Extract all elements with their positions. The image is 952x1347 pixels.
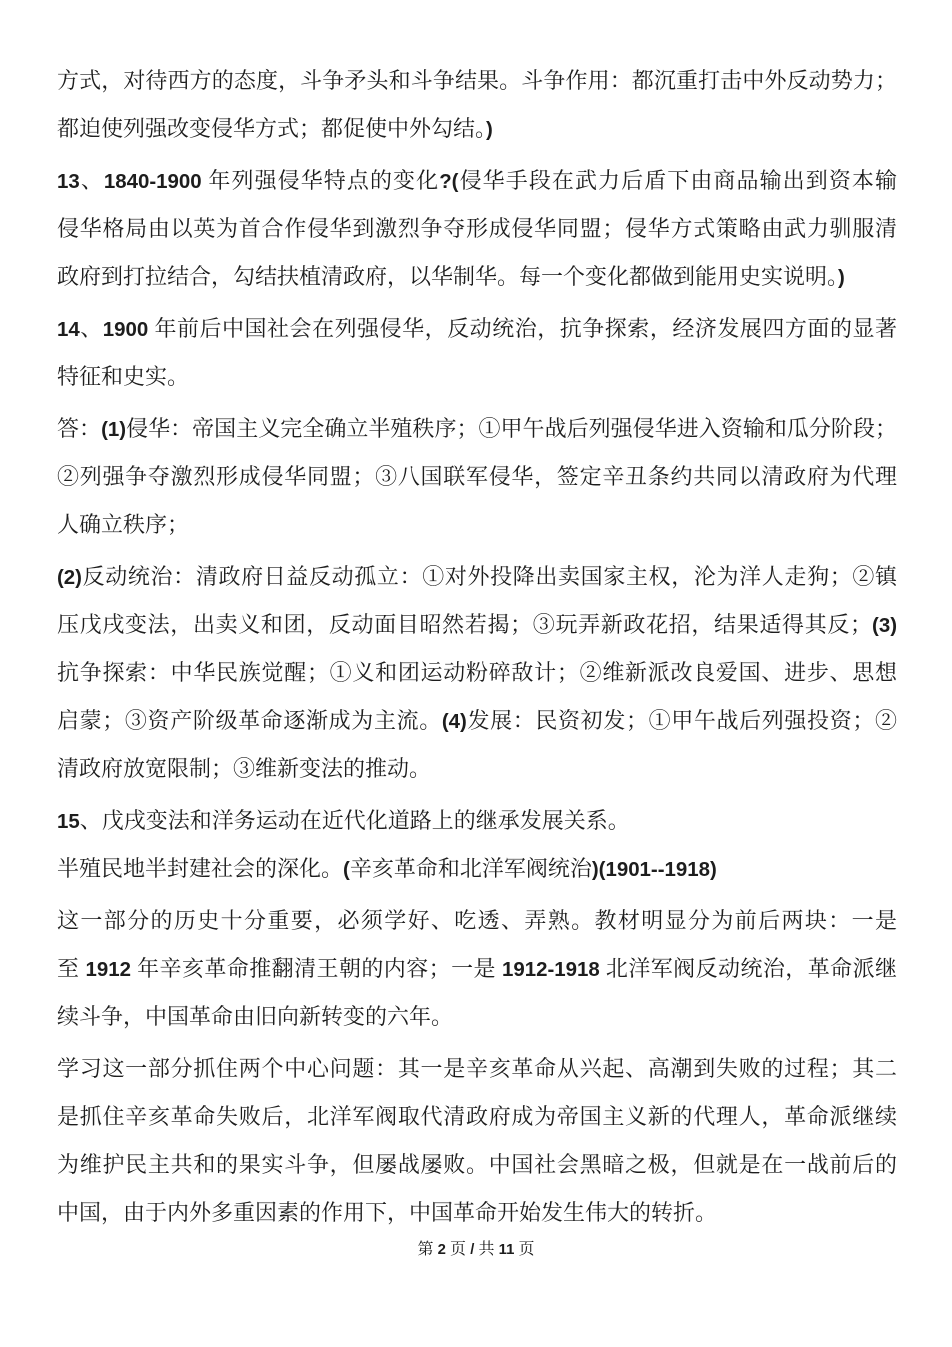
text-line: 是抓住辛亥革命失败后，北洋军阀取代清政府成为帝国主义新的代理人，革命派继续 (57, 1093, 897, 1141)
text-line: 学习这一部分抓住两个中心问题：其一是辛亥革命从兴起、高潮到失败的过程；其二 (57, 1045, 897, 1093)
text-line: 特征和史实。 (57, 353, 897, 401)
document-page: 方式，对待西方的态度，斗争矛头和斗争结果。斗争作用：都沉重打击中外反动势力； 都… (0, 0, 952, 1347)
text-line: 15、戊戌变法和洋务运动在近代化道路上的继承发展关系。 (57, 797, 897, 845)
text-line: 政府到打拉结合，勾结扶植清政府，以华制华。每一个变化都做到能用史实说明。) (57, 253, 897, 301)
page-footer: 第 2 页 / 共 11 页 (0, 1240, 952, 1260)
text-line: 启蒙；③资产阶级革命逐渐成为主流。(4)发展：民资初发；①甲午战后列强投资；② (57, 697, 897, 745)
paragraph: 学习这一部分抓住两个中心问题：其一是辛亥革命从兴起、高潮到失败的过程；其二 是抓… (57, 1045, 897, 1237)
text-line: 至 1912 年辛亥革命推翻清王朝的内容；一是 1912-1918 北洋军阀反动… (57, 945, 897, 993)
text-line: 方式，对待西方的态度，斗争矛头和斗争结果。斗争作用：都沉重打击中外反动势力； (57, 57, 897, 105)
paragraph: 15、戊戌变法和洋务运动在近代化道路上的继承发展关系。 半殖民地半封建社会的深化… (57, 797, 897, 893)
text-line: 13、1840-1900 年列强侵华特点的变化?(侵华手段在武力后盾下由商品输出… (57, 157, 897, 205)
text-line: ②列强争夺激烈形成侵华同盟；③八国联军侵华，签定辛丑条约共同以清政府为代理 (57, 453, 897, 501)
text-line: 为维护民主共和的果实斗争，但屡战屡败。中国社会黑暗之极，但就是在一战前后的 (57, 1141, 897, 1189)
text-line: (2)反动统治：清政府日益反动孤立：①对外投降出卖国家主权，沦为洋人走狗；②镇 (57, 553, 897, 601)
paragraph: 答：(1)侵华：帝国主义完全确立半殖秩序；①甲午战后列强侵华进入资输和瓜分阶段；… (57, 405, 897, 549)
text-line: 压戊戌变法，出卖义和团，反动面目昭然若揭；③玩弄新政花招，结果适得其反；(3) (57, 601, 897, 649)
text-line: 都迫使列强改变侵华方式；都促使中外勾结。) (57, 105, 897, 153)
text-line: 侵华格局由以英为首合作侵华到激烈争夺形成侵华同盟；侵华方式策略由武力驯服清 (57, 205, 897, 253)
text-line: 续斗争，中国革命由旧向新转变的六年。 (57, 993, 897, 1041)
paragraph: (2)反动统治：清政府日益反动孤立：①对外投降出卖国家主权，沦为洋人走狗；②镇 … (57, 553, 897, 793)
text-line: 人确立秩序； (57, 501, 897, 549)
text-line: 14、1900 年前后中国社会在列强侵华，反动统治，抗争探索，经济发展四方面的显… (57, 305, 897, 353)
paragraph: 方式，对待西方的态度，斗争矛头和斗争结果。斗争作用：都沉重打击中外反动势力； 都… (57, 57, 897, 153)
paragraph: 这一部分的历史十分重要，必须学好、吃透、弄熟。教材明显分为前后两块：一是 189… (57, 897, 897, 1041)
text-line: 中国，由于内外多重因素的作用下，中国革命开始发生伟大的转折。 (57, 1189, 897, 1237)
paragraph: 14、1900 年前后中国社会在列强侵华，反动统治，抗争探索，经济发展四方面的显… (57, 305, 897, 401)
paragraph: 13、1840-1900 年列强侵华特点的变化?(侵华手段在武力后盾下由商品输出… (57, 157, 897, 301)
text-line: 抗争探索：中华民族觉醒；①义和团运动粉碎敌计；②维新派改良爱国、进步、思想 (57, 649, 897, 697)
text-line: 半殖民地半封建社会的深化。(辛亥革命和北洋军阀统治)(1901--1918) (57, 845, 897, 893)
text-line: 清政府放宽限制；③维新变法的推动。 (57, 745, 897, 793)
text-line: 答：(1)侵华：帝国主义完全确立半殖秩序；①甲午战后列强侵华进入资输和瓜分阶段； (57, 405, 897, 453)
document-body: 方式，对待西方的态度，斗争矛头和斗争结果。斗争作用：都沉重打击中外反动势力； 都… (57, 57, 897, 1241)
text-line: 这一部分的历史十分重要，必须学好、吃透、弄熟。教材明显分为前后两块：一是 189… (57, 897, 897, 945)
